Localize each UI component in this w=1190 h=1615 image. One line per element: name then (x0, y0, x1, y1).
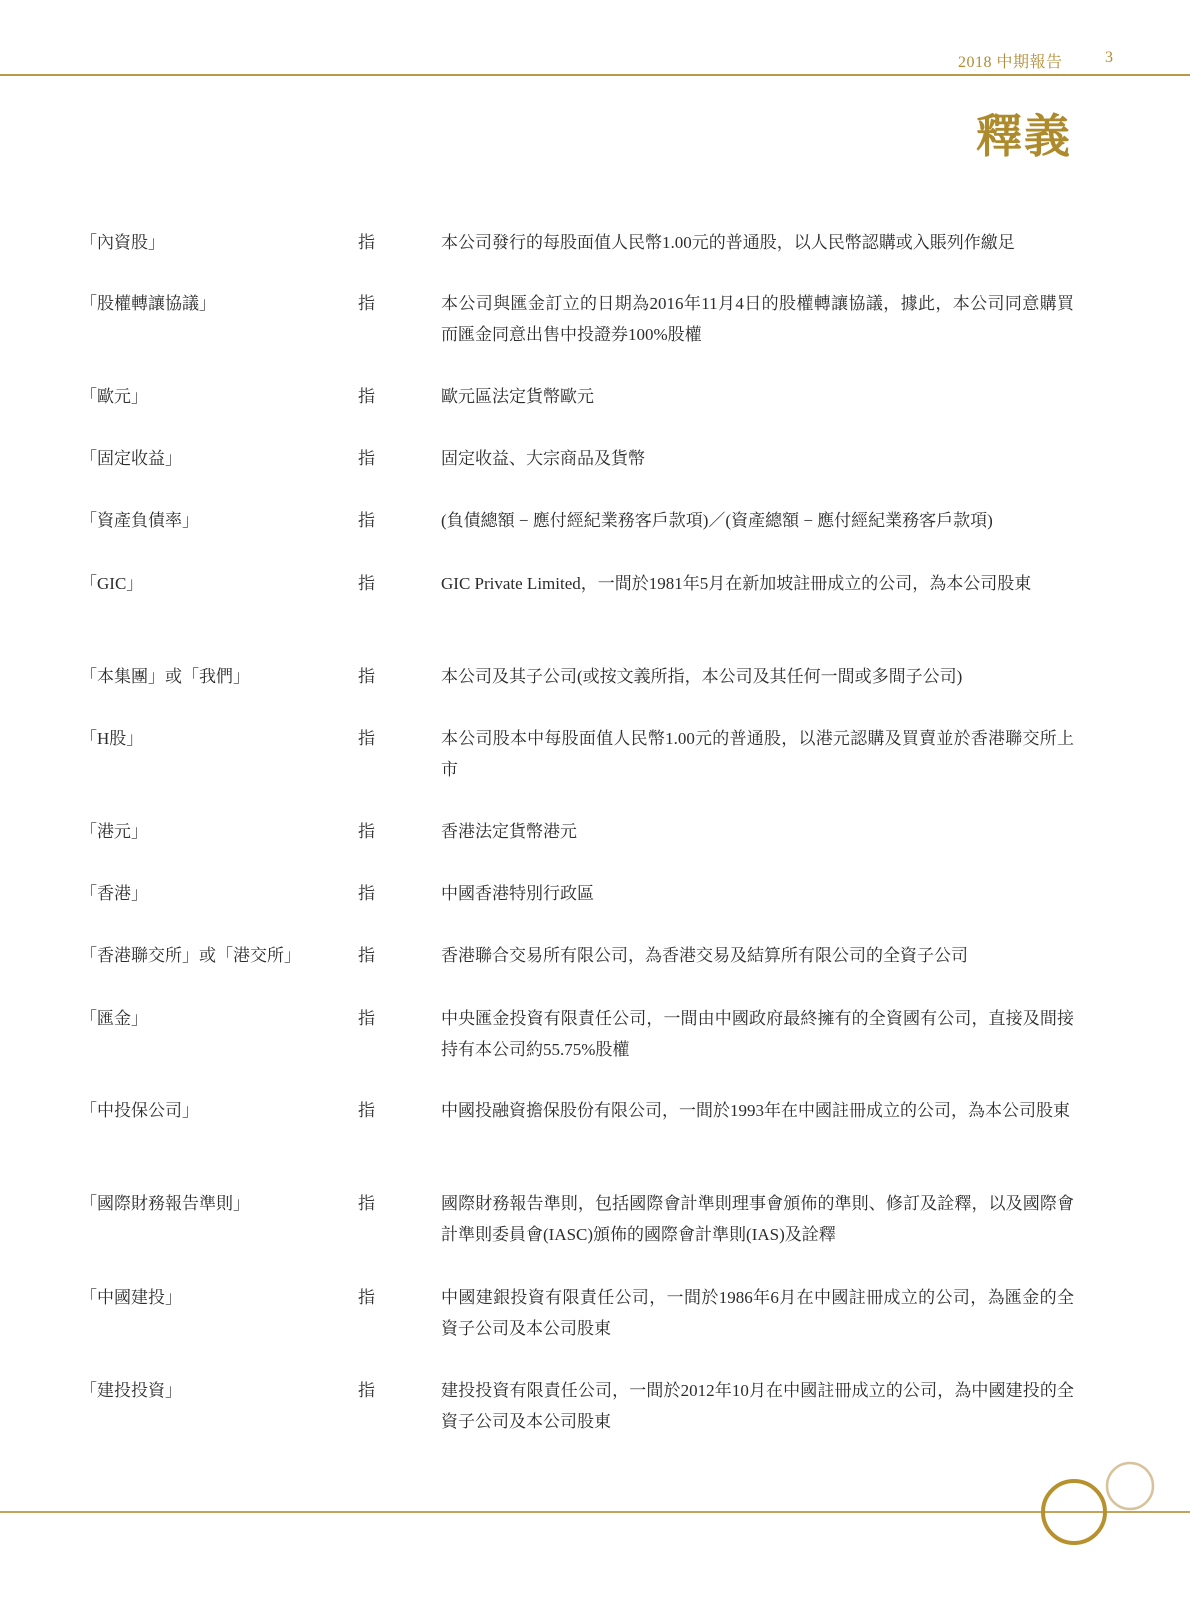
means-label: 指 (358, 1003, 375, 1034)
means-label: 指 (358, 288, 375, 319)
glossary-definition: GIC Private Limited，一間於1981年5月在新加坡註冊成立的公… (441, 568, 1074, 599)
glossary-definition: (負債總額 − 應付經紀業務客戶款項)／(資產總額 − 應付經紀業務客戶款項) (441, 505, 1074, 536)
glossary-term: 「GIC」 (80, 568, 143, 599)
glossary-definition: 中國香港特別行政區 (441, 878, 1074, 909)
glossary-definition: 國際財務報告準則，包括國際會計準則理事會頒佈的準則、修訂及詮釋，以及國際會計準則… (441, 1188, 1074, 1250)
means-label: 指 (358, 816, 375, 847)
glossary-term: 「固定收益」 (80, 443, 182, 474)
glossary-term: 「內資股」 (80, 227, 165, 258)
means-label: 指 (358, 1188, 375, 1219)
glossary-term: 「本集團」或「我們」 (80, 661, 250, 692)
means-label: 指 (358, 227, 375, 258)
glossary-definition: 固定收益、大宗商品及貨幣 (441, 443, 1074, 474)
means-label: 指 (358, 878, 375, 909)
glossary-definition: 本公司及其子公司(或按文義所指，本公司及其任何一間或多間子公司) (441, 661, 1074, 692)
glossary-definition: 建投投資有限責任公司，一間於2012年10月在中國註冊成立的公司，為中國建投的全… (441, 1375, 1074, 1437)
glossary-term: 「港元」 (80, 816, 148, 847)
glossary-term: 「股權轉讓協議」 (80, 288, 216, 319)
means-label: 指 (358, 661, 375, 692)
page-title: 釋義 (976, 100, 1072, 166)
glossary-definition: 香港法定貨幣港元 (441, 816, 1074, 847)
interlocking-rings-icon (1030, 1455, 1170, 1565)
means-label: 指 (358, 505, 375, 536)
means-label: 指 (358, 568, 375, 599)
glossary-definition: 本公司與匯金訂立的日期為2016年11月4日的股權轉讓協議，據此，本公司同意購買… (441, 288, 1074, 350)
glossary-definition: 中國投融資擔保股份有限公司，一間於1993年在中國註冊成立的公司，為本公司股東 (441, 1095, 1074, 1126)
means-label: 指 (358, 940, 375, 971)
glossary-term: 「國際財務報告準則」 (80, 1188, 250, 1219)
glossary-term: 「匯金」 (80, 1003, 148, 1034)
page-number: 3 (1105, 49, 1113, 67)
means-label: 指 (358, 381, 375, 412)
footer-divider (0, 1511, 1190, 1513)
glossary-term: 「歐元」 (80, 381, 148, 412)
glossary-definition: 本公司股本中每股面值人民幣1.00元的普通股，以港元認購及買賣並於香港聯交所上市 (441, 723, 1074, 785)
means-label: 指 (358, 723, 375, 754)
glossary-term: 「H股」 (80, 723, 143, 754)
header-divider (0, 74, 1190, 76)
glossary-term: 「資產負債率」 (80, 505, 199, 536)
glossary-term: 「中投保公司」 (80, 1095, 199, 1126)
glossary-term: 「香港」 (80, 878, 148, 909)
glossary-definition: 歐元區法定貨幣歐元 (441, 381, 1074, 412)
glossary-term: 「中國建投」 (80, 1282, 182, 1313)
glossary-definition: 香港聯合交易所有限公司，為香港交易及結算所有限公司的全資子公司 (441, 940, 1074, 971)
means-label: 指 (358, 1282, 375, 1313)
running-head: 2018 中期報告 (958, 49, 1063, 72)
glossary-term: 「香港聯交所」或「港交所」 (80, 940, 301, 971)
glossary-term: 「建投投資」 (80, 1375, 182, 1406)
glossary-definition: 中國建銀投資有限責任公司，一間於1986年6月在中國註冊成立的公司，為匯金的全資… (441, 1282, 1074, 1344)
means-label: 指 (358, 1095, 375, 1126)
means-label: 指 (358, 443, 375, 474)
glossary-definition: 本公司發行的每股面值人民幣1.00元的普通股，以人民幣認購或入賬列作繳足 (441, 227, 1074, 258)
means-label: 指 (358, 1375, 375, 1406)
glossary-definition: 中央匯金投資有限責任公司，一間由中國政府最終擁有的全資國有公司，直接及間接持有本… (441, 1003, 1074, 1065)
